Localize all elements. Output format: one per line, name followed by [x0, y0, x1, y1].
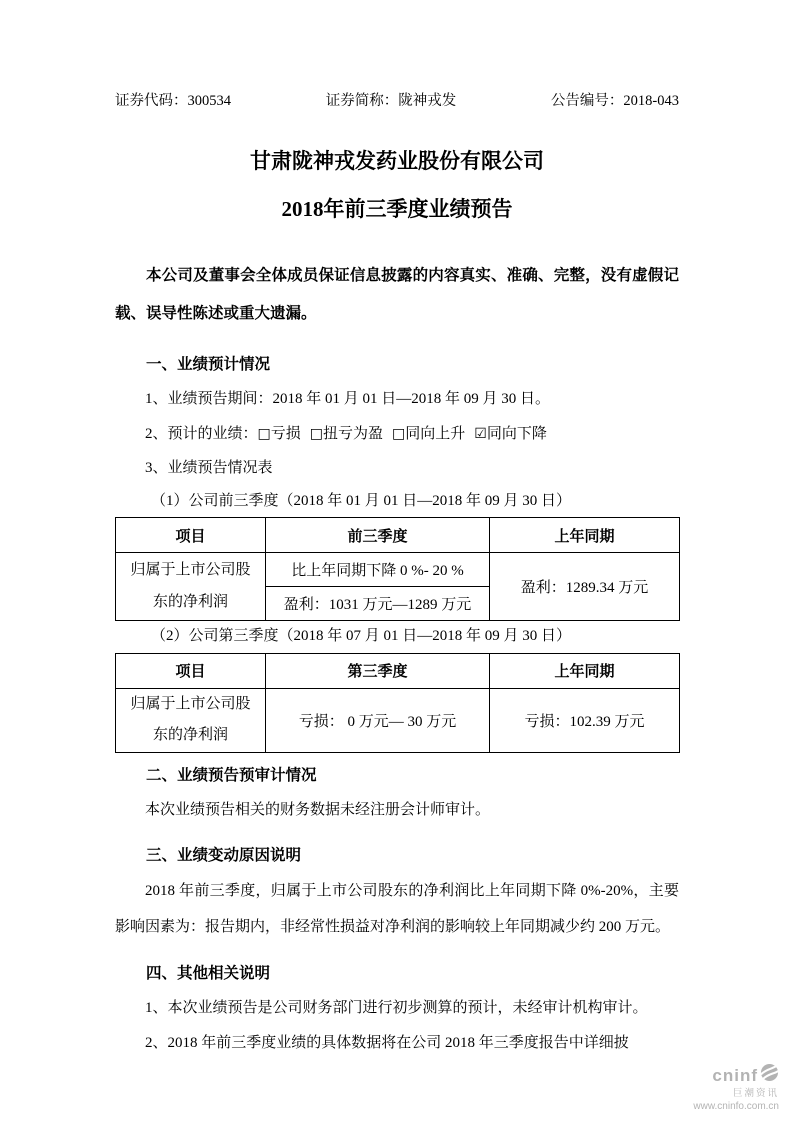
forecast-type-prefix: 2、预计的业绩：	[145, 426, 258, 442]
watermark-brand-row: cninf	[693, 1063, 779, 1087]
cninfo-logo-icon	[760, 1063, 779, 1087]
watermark-url: www.cninfo.com.cn	[693, 1101, 779, 1113]
header-item: 项目	[116, 518, 266, 553]
prior-year-loss-cell: 亏损：102.39 万元	[490, 688, 680, 752]
document-subject-title: 2018年前三季度业绩预告	[115, 196, 679, 223]
net-profit-item-cell: 归属于上市公司股 东的净利润	[116, 688, 266, 752]
prior-year-profit-cell: 盈利：1289.34 万元	[490, 553, 680, 621]
net-profit-line1: 归属于上市公司股	[120, 555, 261, 587]
option-same-direction-down: ☑同向下降	[474, 426, 547, 442]
stock-abbr: 证券简称：陇神戎发	[326, 91, 457, 111]
checkbox-unchecked-icon: □	[258, 426, 271, 442]
announcement-number: 公告编号：2018-043	[551, 91, 679, 111]
other-note-2: 2、2018 年前三季度业绩的具体数据将在公司 2018 年三季度报告中详细披	[115, 1026, 679, 1061]
q3-forecast-table: 项目 第三季度 上年同期 归属于上市公司股 东的净利润 亏损： 0 万元— 30…	[115, 653, 680, 753]
document-meta-row: 证券代码：300534 证券简称：陇神戎发 公告编号：2018-043	[115, 91, 679, 111]
section-1-heading: 一、业绩预计情况	[115, 348, 679, 382]
cninfo-brand-text: cninf	[712, 1066, 758, 1086]
header-current-period: 第三季度	[266, 653, 490, 688]
option-turnaround: □扭亏为盈	[310, 426, 383, 442]
company-title: 甘肃陇神戎发药业股份有限公司	[115, 148, 679, 175]
document-content: 证券代码：300534 证券简称：陇神戎发 公告编号：2018-043 甘肃陇神…	[115, 0, 679, 1060]
document-page: 证券代码：300534 证券简称：陇神戎发 公告编号：2018-043 甘肃陇神…	[0, 0, 793, 1122]
checkbox-checked-icon: ☑	[474, 426, 487, 442]
table-header-row: 项目 前三季度 上年同期	[116, 518, 680, 553]
disclaimer-statement: 本公司及董事会全体成员保证信息披露的内容真实、准确、完整，没有虚假记载、误导性陈…	[115, 257, 679, 333]
section-4-heading: 四、其他相关说明	[115, 957, 679, 991]
table-2-caption: （2）公司第三季度（2018 年 07 月 01 日—2018 年 09 月 3…	[115, 621, 679, 653]
header-prior-year: 上年同期	[490, 518, 680, 553]
section-3-heading: 三、业绩变动原因说明	[115, 839, 679, 873]
net-profit-line2: 东的净利润	[120, 587, 261, 619]
profit-range-cell: 盈利：1031 万元—1289 万元	[266, 587, 490, 621]
table-row: 归属于上市公司股 东的净利润 比上年同期下降 0 %- 20 % 盈利：1289…	[116, 553, 680, 587]
header-item: 项目	[116, 653, 266, 688]
section-2-heading: 二、业绩预告预审计情况	[115, 759, 679, 793]
net-profit-item-cell: 归属于上市公司股 东的净利润	[116, 553, 266, 621]
stock-code: 证券代码：300534	[115, 91, 231, 111]
table-row: 归属于上市公司股 东的净利润 亏损： 0 万元— 30 万元 亏损：102.39…	[116, 688, 680, 752]
change-percentage-cell: 比上年同期下降 0 %- 20 %	[266, 553, 490, 587]
table-1-caption: （1）公司前三季度（2018 年 01 月 01 日—2018 年 09 月 3…	[115, 486, 679, 518]
cninfo-watermark: cninf 巨潮资讯 www.cninfo.com.cn	[693, 1063, 779, 1112]
checkbox-unchecked-icon: □	[392, 426, 405, 442]
loss-range-cell: 亏损： 0 万元— 30 万元	[266, 688, 490, 752]
option-loss-label: 亏损	[271, 426, 301, 442]
change-reason-paragraph: 2018 年前三季度，归属于上市公司股东的净利润比上年同期下降 0%-20%，主…	[115, 873, 679, 947]
header-prior-year: 上年同期	[490, 653, 680, 688]
option-turnaround-label: 扭亏为盈	[323, 426, 383, 442]
option-up-label: 同向上升	[405, 426, 465, 442]
table-header-row: 项目 第三季度 上年同期	[116, 653, 680, 688]
checkbox-unchecked-icon: □	[310, 426, 323, 442]
option-same-direction-up: □同向上升	[392, 426, 465, 442]
option-loss: □亏损	[258, 426, 301, 442]
net-profit-line1: 归属于上市公司股	[120, 689, 261, 721]
net-profit-line2: 东的净利润	[120, 720, 261, 752]
watermark-chinese-name: 巨潮资讯	[693, 1089, 779, 1100]
q1-q3-forecast-table: 项目 前三季度 上年同期 归属于上市公司股 东的净利润 比上年同期下降 0 %-…	[115, 517, 680, 621]
header-current-period: 前三季度	[266, 518, 490, 553]
other-note-1: 1、本次业绩预告是公司财务部门进行初步测算的预计，未经审计机构审计。	[115, 991, 679, 1026]
forecast-table-intro: 3、业绩预告情况表	[115, 451, 679, 486]
option-down-label: 同向下降	[487, 426, 547, 442]
audit-status-line: 本次业绩预告相关的财务数据未经注册会计师审计。	[115, 793, 679, 828]
forecast-period-line: 1、业绩预告期间：2018 年 01 月 01 日—2018 年 09 月 30…	[115, 382, 679, 417]
forecast-type-line: 2、预计的业绩：□亏损□扭亏为盈□同向上升☑同向下降	[115, 417, 679, 452]
